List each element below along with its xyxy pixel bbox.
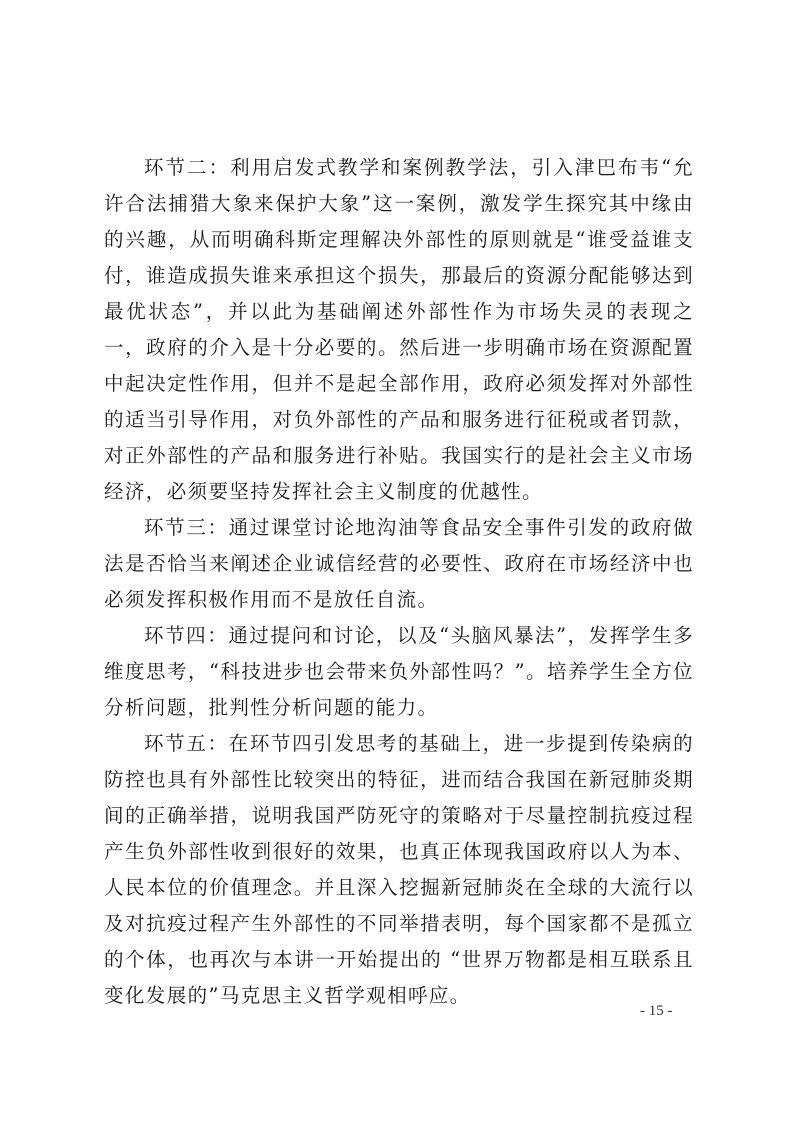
document-body: 环节二：利用启发式教学和案例教学法，引入津巴布韦“允许合法捕猎大象来保护大象”这… xyxy=(104,150,694,1014)
paragraph-step-five: 环节五：在环节四引发思考的基础上，进一步提到传染病的防控也具有外部性比较突出的特… xyxy=(104,726,694,1014)
paragraph-step-three: 环节三：通过课堂讨论地沟油等食品安全事件引发的政府做法是否恰当来阐述企业诚信经营… xyxy=(104,510,694,618)
paragraph-step-four: 环节四：通过提问和讨论，以及“头脑风暴法”，发挥学生多维度思考，“科技进步也会带… xyxy=(104,618,694,726)
paragraph-step-two: 环节二：利用启发式教学和案例教学法，引入津巴布韦“允许合法捕猎大象来保护大象”这… xyxy=(104,150,694,510)
page-number: - 15 - xyxy=(640,1003,673,1020)
